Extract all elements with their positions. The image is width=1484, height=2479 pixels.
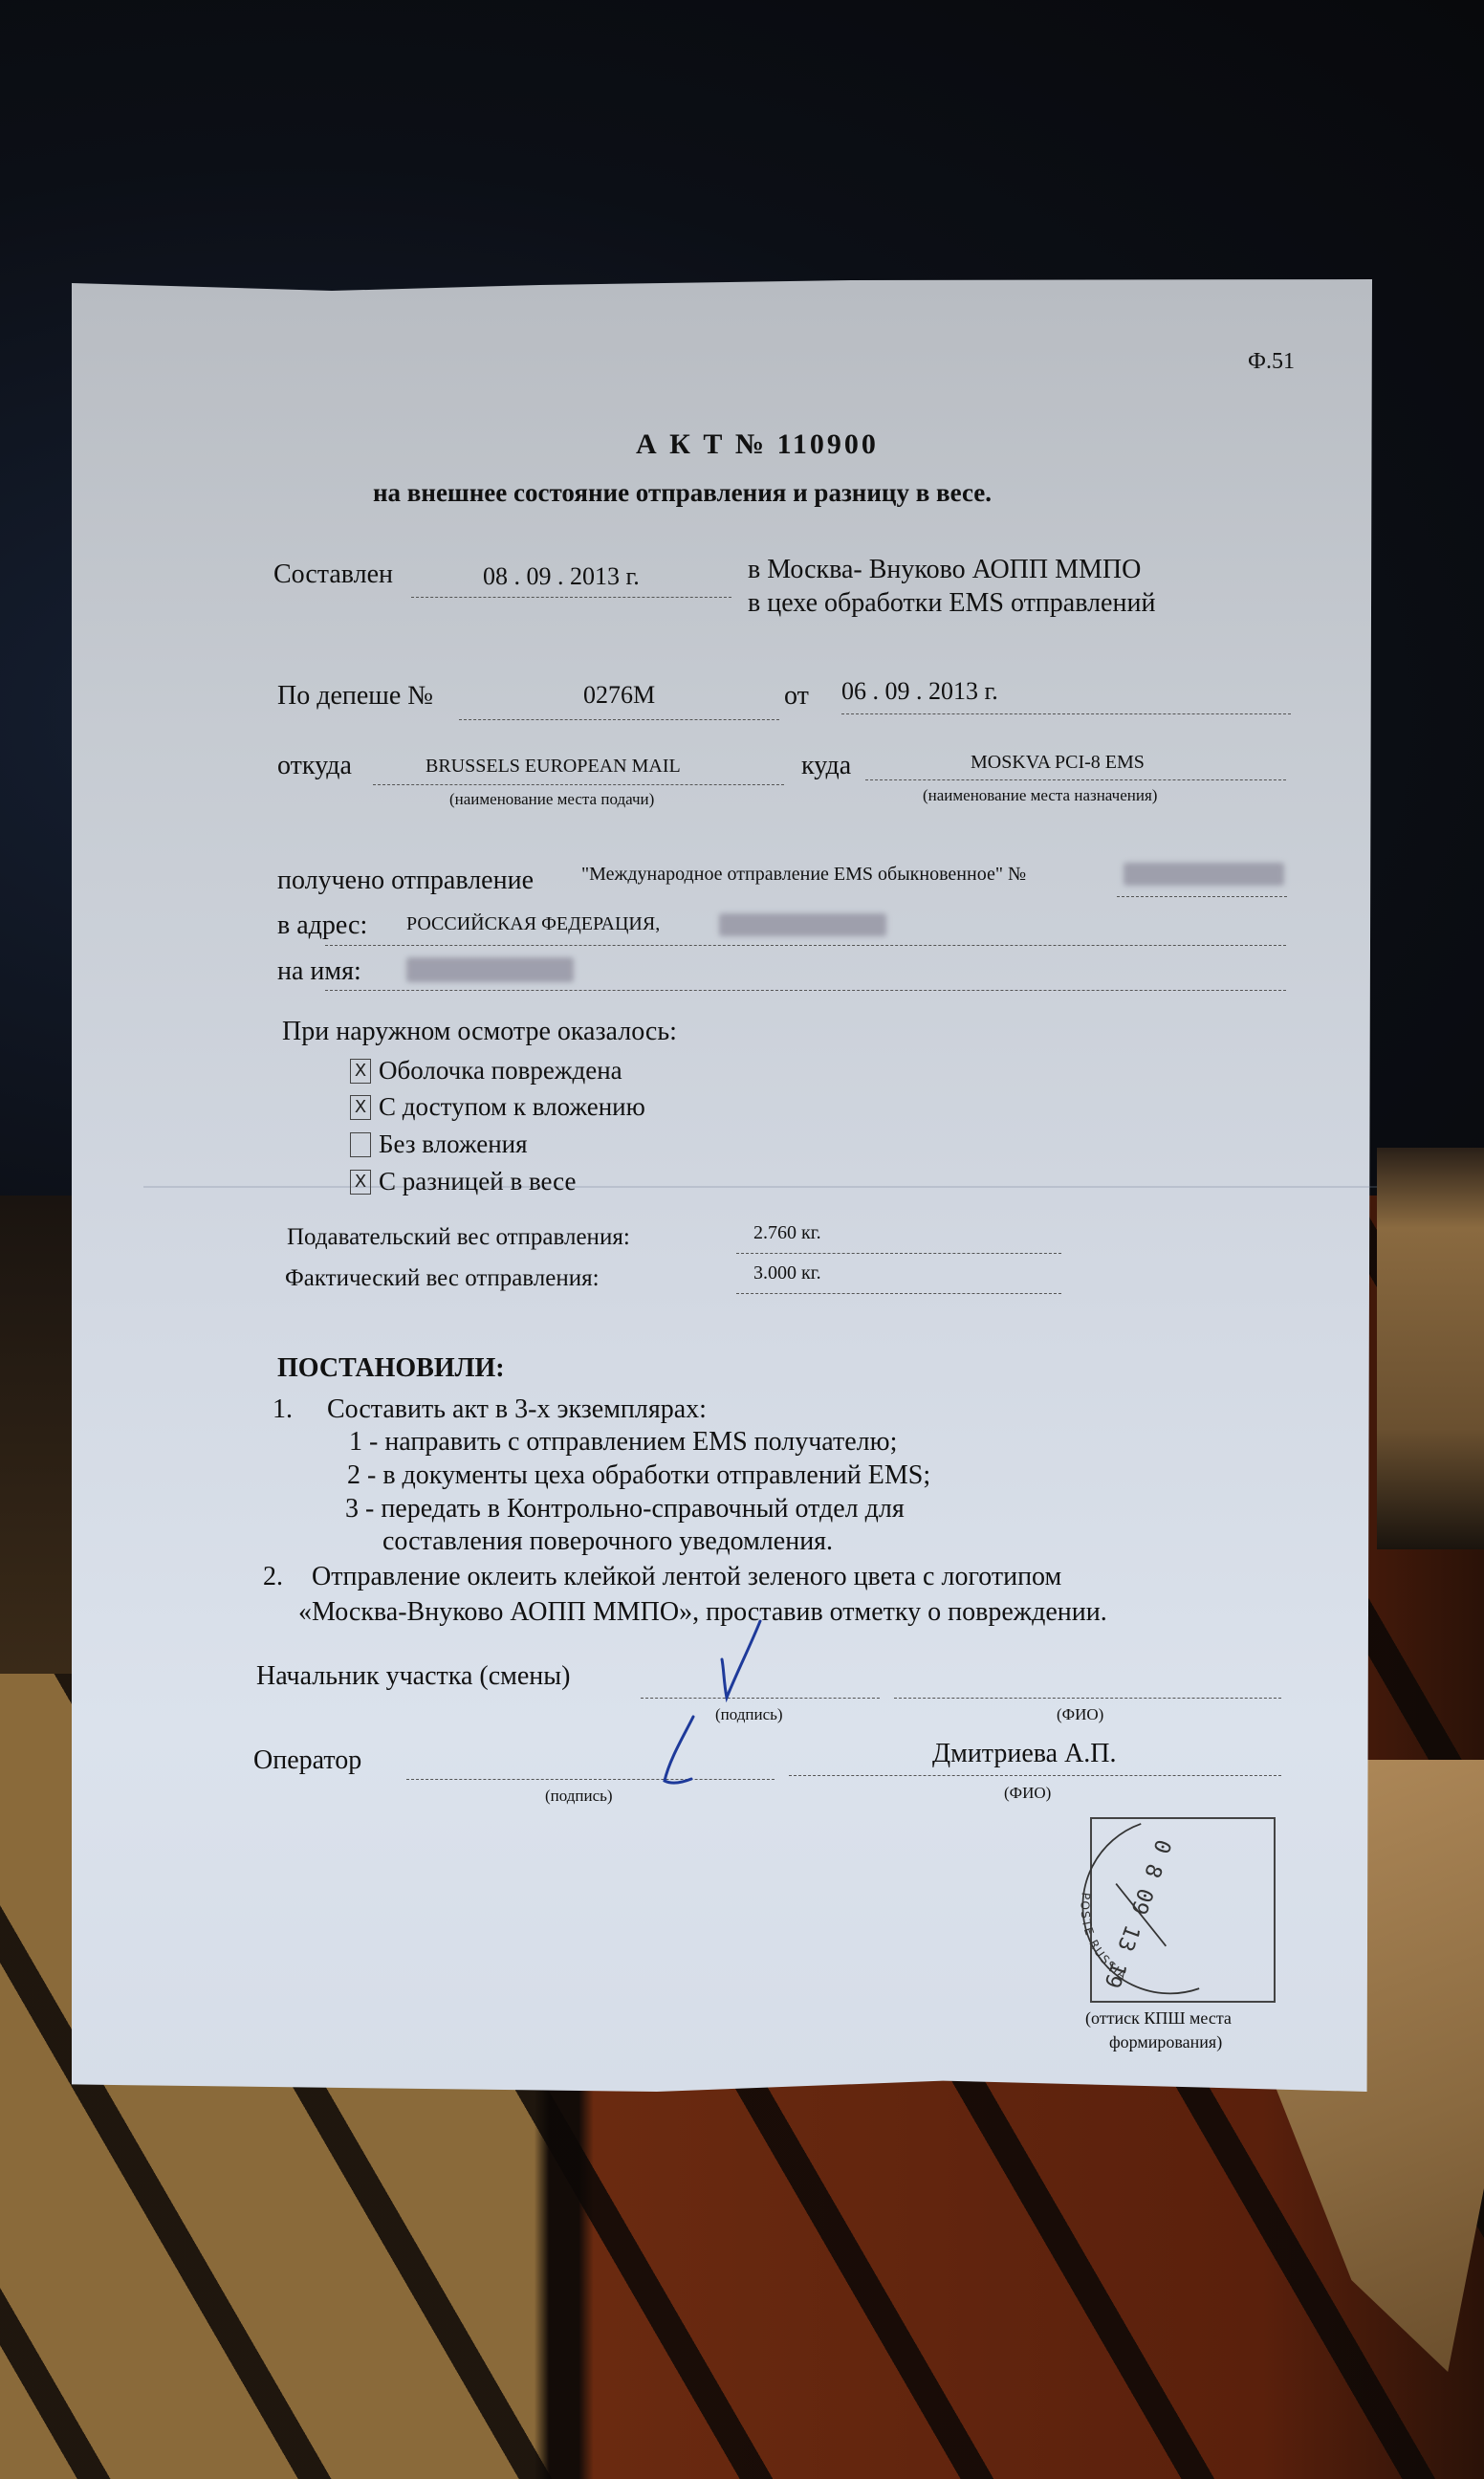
received-number-line <box>1117 896 1287 897</box>
checkbox[interactable]: X <box>350 1095 371 1120</box>
received-value: "Международное отправление EMS обыкновен… <box>581 864 1026 886</box>
compiled-date: 08 . 09 . 2013 г. <box>483 562 640 591</box>
address-line <box>325 945 1286 946</box>
redacted-address <box>719 913 886 936</box>
checkbox-row-access-to-contents: X С доступом к вложению <box>350 1092 645 1122</box>
compiled-date-line <box>411 597 731 598</box>
paper-fold-crease <box>143 1186 1377 1188</box>
declared-weight-value: 2.760 кг. <box>753 1222 821 1244</box>
name-label: на имя: <box>277 956 361 987</box>
resolution-sub3a: 3 - передать в Контрольно-справочный отд… <box>345 1494 905 1525</box>
actual-weight-value: 3.000 кг. <box>753 1262 821 1284</box>
name-line <box>325 990 1286 991</box>
actual-weight-label: Фактический вес отправления: <box>285 1265 600 1292</box>
from-line <box>373 784 784 785</box>
stamp-date: 0 8 09 13 19 <box>1099 1836 1175 1991</box>
chief-fio-caption: (ФИО) <box>1057 1705 1103 1724</box>
checkbox[interactable]: X <box>350 1170 371 1195</box>
to-caption: (наименование места назначения) <box>923 786 1157 805</box>
address-label: в адрес: <box>277 910 367 941</box>
checkbox-label: Оболочка повреждена <box>379 1056 622 1086</box>
resolution-item2-number: 2. <box>263 1562 283 1592</box>
chief-signature-caption: (подпись) <box>715 1705 783 1724</box>
compiled-place-line1: в Москва- Внуково АОПП ММПО <box>748 555 1141 585</box>
declared-weight-line <box>736 1253 1061 1254</box>
dispatch-date-line <box>841 713 1291 714</box>
form-number: Ф.51 <box>1248 349 1295 375</box>
chief-label: Начальник участка (смены) <box>256 1661 570 1692</box>
operator-fio-line <box>789 1775 1281 1776</box>
chief-fio-line <box>894 1698 1281 1699</box>
chief-signature <box>703 1616 779 1702</box>
to-label: куда <box>801 751 851 781</box>
act-title: А К Т № 110900 <box>636 428 879 461</box>
address-value: РОССИЙСКАЯ ФЕДЕРАЦИЯ, <box>406 913 660 935</box>
redacted-tracking-number <box>1124 863 1284 886</box>
postmark-stamp: POSTE RUSSIA 0 8 09 13 19 <box>1066 1798 1257 2028</box>
checkbox-label: Без вложения <box>379 1130 528 1159</box>
resolution-heading: ПОСТАНОВИЛИ: <box>277 1353 505 1384</box>
operator-label: Оператор <box>253 1745 361 1776</box>
declared-weight-label: Подавательский вес отправления: <box>287 1224 630 1251</box>
actual-weight-line <box>736 1293 1061 1294</box>
stamp-caption-line2: формирования) <box>1109 2032 1222 2052</box>
dispatch-number: 0276M <box>583 681 655 710</box>
checkbox-row-weight-difference: X С разницей в весе <box>350 1167 576 1196</box>
from-caption: (наименование места подачи) <box>449 790 654 809</box>
checkbox-label: С доступом к вложению <box>379 1092 645 1122</box>
redacted-recipient-name <box>406 957 574 982</box>
checkbox-row-envelope-damaged: X Оболочка повреждена <box>350 1056 622 1086</box>
checkbox-row-no-contents: Без вложения <box>350 1130 528 1159</box>
resolution-sub3b: составления поверочного уведомления. <box>382 1526 833 1557</box>
operator-fio-caption: (ФИО) <box>1004 1784 1051 1803</box>
resolution-sub1: 1 - направить с отправлением EMS получат… <box>349 1427 897 1458</box>
from-label: откуда <box>277 751 352 781</box>
dispatch-label: По депеше № <box>277 681 433 712</box>
act-subtitle: на внешнее состояние отправления и разни… <box>373 478 992 508</box>
received-label: получено отправление <box>277 866 534 896</box>
inspection-heading: При наружном осмотре оказалось: <box>282 1017 677 1047</box>
dispatch-date: 06 . 09 . 2013 г. <box>841 677 998 706</box>
checkbox[interactable]: X <box>350 1059 371 1084</box>
resolution-sub2: 2 - в документы цеха обработки отправлен… <box>347 1460 930 1491</box>
compiled-place-line2: в цехе обработки EMS отправлений <box>748 588 1155 619</box>
stamp-caption-line1: (оттиск КПШ места <box>1085 2008 1232 2029</box>
dispatch-date-label: от <box>784 681 809 712</box>
resolution-item2a: Отправление оклеить клейкой лентой зелен… <box>312 1562 1061 1592</box>
resolution-item1-number: 1. <box>273 1394 293 1425</box>
checkbox[interactable] <box>350 1132 371 1157</box>
resolution-item1: Составить акт в 3-х экземплярах: <box>327 1394 707 1425</box>
background-cardboard-edge <box>1377 1148 1484 1549</box>
to-line <box>865 779 1286 780</box>
operator-name: Дмитриева А.П. <box>932 1739 1117 1769</box>
checkbox-label: С разницей в весе <box>379 1167 576 1196</box>
compiled-label: Составлен <box>273 559 393 590</box>
operator-signature <box>655 1712 722 1788</box>
dispatch-number-line <box>459 719 779 720</box>
from-value: BRUSSELS EUROPEAN MAIL <box>426 756 681 778</box>
operator-signature-caption: (подпись) <box>545 1787 613 1806</box>
to-value: MOSKVA PCI-8 EMS <box>971 752 1145 774</box>
